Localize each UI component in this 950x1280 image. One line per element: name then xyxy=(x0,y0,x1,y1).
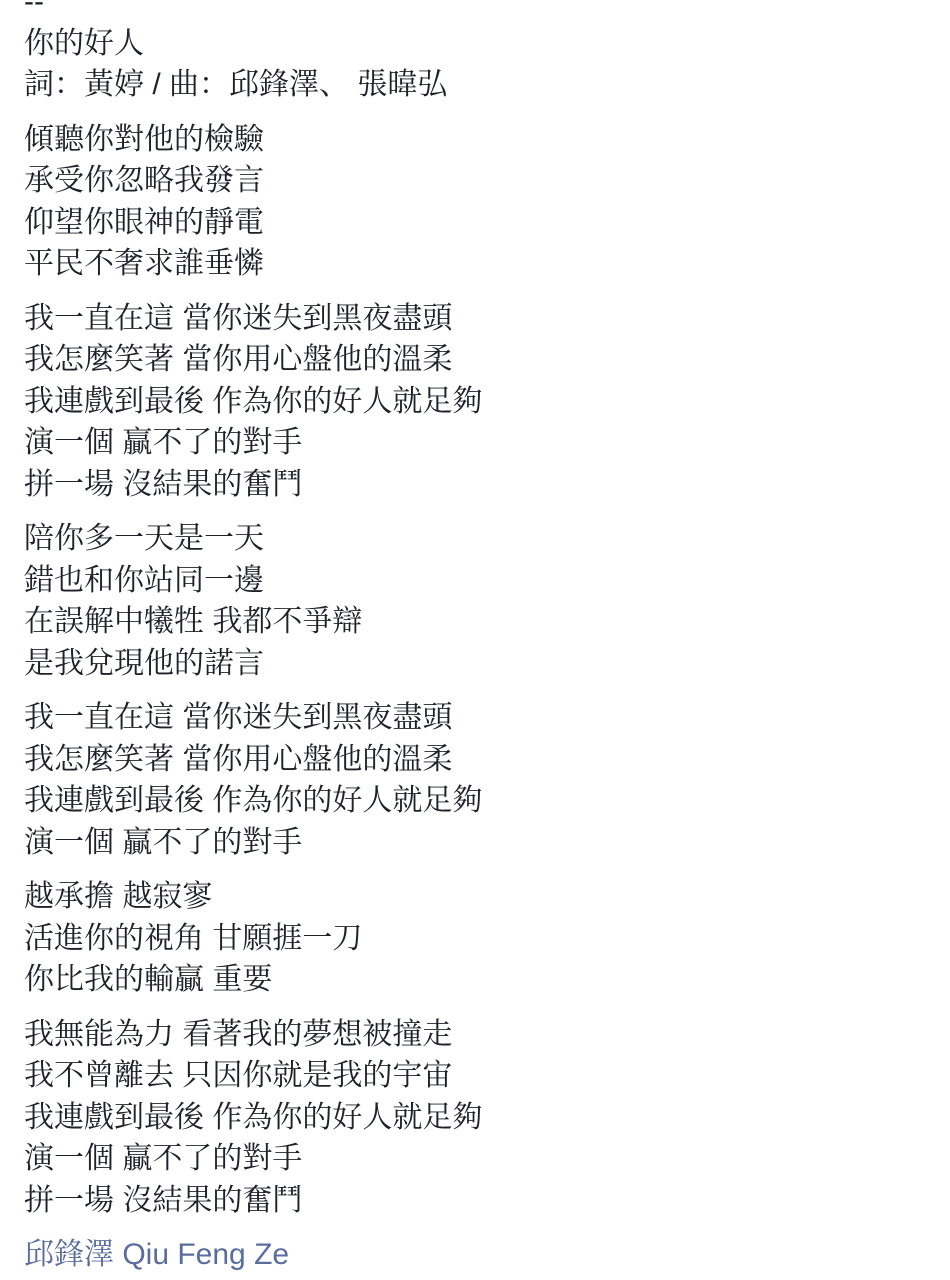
lyric-line: 我連戲到最後 作為你的好人就足夠 xyxy=(24,381,926,423)
lyric-line: 我一直在這 當你迷失到黑夜盡頭 xyxy=(24,298,926,340)
lyrics-header: -- 你的好人 詞：黃婷 / 曲：邱鋒澤、 張暐弘 xyxy=(24,0,926,106)
lyric-line: 我連戲到最後 作為你的好人就足夠 xyxy=(24,780,926,822)
lyric-line: 拼一場 沒結果的奮鬥 xyxy=(24,1180,926,1222)
lyrics-body: -- 你的好人 詞：黃婷 / 曲：邱鋒澤、 張暐弘 傾聽你對他的檢驗 承受你忽略… xyxy=(24,0,926,1276)
lyrics-page: -- 你的好人 詞：黃婷 / 曲：邱鋒澤、 張暐弘 傾聽你對他的檢驗 承受你忽略… xyxy=(0,0,950,1280)
lyric-line: 我不曾離去 只因你就是我的宇宙 xyxy=(24,1055,926,1097)
lyric-line: 越承擔 越寂寥 xyxy=(24,876,926,918)
lyric-line: 承受你忽略我發言 xyxy=(24,160,926,202)
lyric-line: 你比我的輸贏 重要 xyxy=(24,959,926,1001)
lyric-line: 仰望你眼神的靜電 xyxy=(24,202,926,244)
artist-link-row: 邱鋒澤 Qiu Feng Ze xyxy=(24,1234,926,1276)
lyric-line: 我一直在這 當你迷失到黑夜盡頭 xyxy=(24,697,926,739)
lyric-line: 我怎麼笑著 當你用心盤他的溫柔 xyxy=(24,339,926,381)
credits-line: 詞：黃婷 / 曲：邱鋒澤、 張暐弘 xyxy=(24,64,926,106)
lyric-line: 在誤解中犧牲 我都不爭辯 xyxy=(24,601,926,643)
lyric-line: 傾聽你對他的檢驗 xyxy=(24,119,926,161)
lyric-line: 演一個 贏不了的對手 xyxy=(24,422,926,464)
lyric-line: 活進你的視角 甘願捱一刀 xyxy=(24,918,926,960)
lyrics-stanza-6: 我無能為力 看著我的夢想被撞走 我不曾離去 只因你就是我的宇宙 我連戲到最後 作… xyxy=(24,1014,926,1222)
separator-dashes: -- xyxy=(24,0,926,23)
lyrics-stanza-4: 我一直在這 當你迷失到黑夜盡頭 我怎麼笑著 當你用心盤他的溫柔 我連戲到最後 作… xyxy=(24,697,926,863)
lyric-line: 是我兌現他的諾言 xyxy=(24,643,926,685)
lyric-line: 錯也和你站同一邊 xyxy=(24,560,926,602)
lyric-line: 演一個 贏不了的對手 xyxy=(24,1138,926,1180)
lyrics-stanza-2: 我一直在這 當你迷失到黑夜盡頭 我怎麼笑著 當你用心盤他的溫柔 我連戲到最後 作… xyxy=(24,298,926,506)
lyric-line: 演一個 贏不了的對手 xyxy=(24,822,926,864)
artist-link[interactable]: 邱鋒澤 Qiu Feng Ze xyxy=(24,1238,289,1271)
lyric-line: 我無能為力 看著我的夢想被撞走 xyxy=(24,1014,926,1056)
lyric-line: 陪你多一天是一天 xyxy=(24,518,926,560)
lyric-line: 我怎麼笑著 當你用心盤他的溫柔 xyxy=(24,739,926,781)
lyrics-stanza-5: 越承擔 越寂寥 活進你的視角 甘願捱一刀 你比我的輸贏 重要 xyxy=(24,876,926,1001)
lyrics-stanza-3: 陪你多一天是一天 錯也和你站同一邊 在誤解中犧牲 我都不爭辯 是我兌現他的諾言 xyxy=(24,518,926,684)
lyric-line: 我連戲到最後 作為你的好人就足夠 xyxy=(24,1097,926,1139)
song-title: 你的好人 xyxy=(24,23,926,65)
lyric-line: 拼一場 沒結果的奮鬥 xyxy=(24,464,926,506)
lyric-line: 平民不奢求誰垂憐 xyxy=(24,243,926,285)
lyrics-stanza-1: 傾聽你對他的檢驗 承受你忽略我發言 仰望你眼神的靜電 平民不奢求誰垂憐 xyxy=(24,119,926,285)
